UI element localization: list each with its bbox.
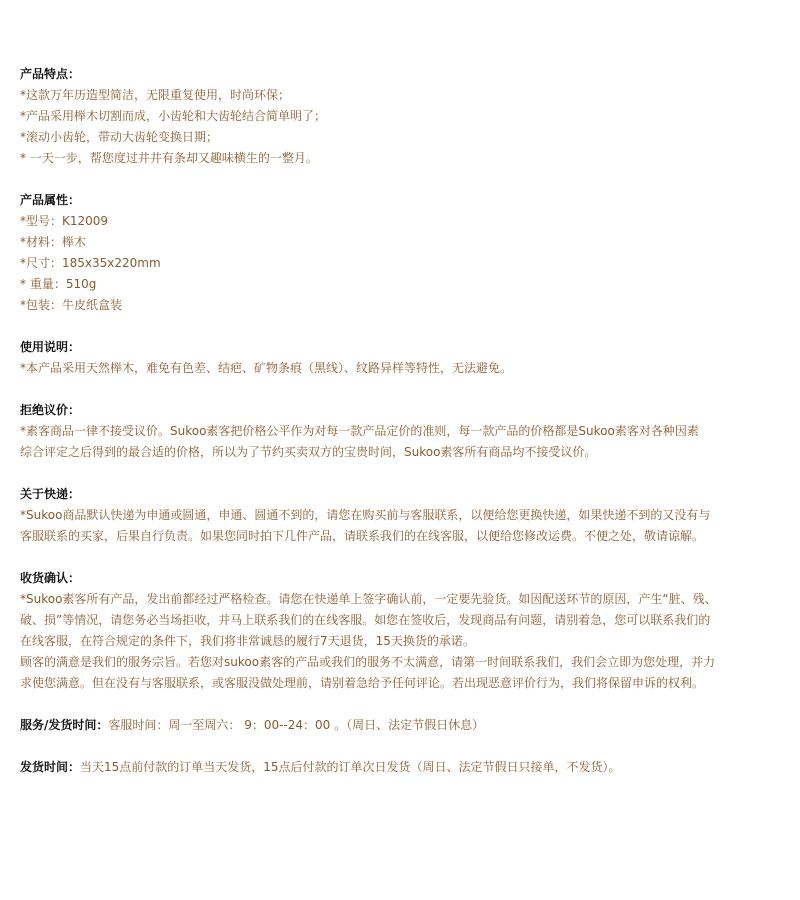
attribute-packaging: *包装：牛皮纸盒装: [20, 295, 720, 316]
attribute-material: *材料：榉木: [20, 232, 720, 253]
receipt-line: 顾客的满意是我们的服务宗旨。若您对sukoo素客的产品或我们的服务不太满意，请第…: [20, 652, 720, 673]
section-usage: 使用说明： *本产品采用天然榉木，难免有色差、结疤、矿物条痕（黑线）、纹路异样等…: [20, 337, 720, 379]
service-time-row: 服务/发货时间：客服时间：周一至周六： 9：00--24：00 。（周日、法定节…: [20, 715, 720, 736]
section-receipt-confirmation: 收货确认： *Sukoo素客所有产品，发出前都经过严格检查。请您在快递单上签字确…: [20, 568, 720, 694]
shipping-time-label: 发货时间：: [20, 760, 80, 774]
service-time-value: 客服时间：周一至周六： 9：00--24：00 。（周日、法定节假日休息）: [108, 718, 484, 732]
receipt-line: *Sukoo素客所有产品，发出前都经过严格检查。请您在快递单上签字确认前，一定要…: [20, 589, 720, 610]
receipt-line: 在线客服，在符合规定的条件下，我们将非常诚恳的履行7天退货，15天换货的承诺。: [20, 631, 720, 652]
section-heading: 收货确认：: [20, 568, 720, 589]
attribute-model: *型号：K12009: [20, 211, 720, 232]
usage-line: *本产品采用天然榉木，难免有色差、结疤、矿物条痕（黑线）、纹路异样等特性，无法避…: [20, 358, 720, 379]
shipping-line: 客服联系的买家，后果自行负责。如果您同时拍下几件产品，请联系我们的在线客服，以便…: [20, 526, 720, 547]
attribute-weight: * 重量：510g: [20, 274, 720, 295]
policy-line: *素客商品一律不接受议价。Sukoo素客把价格公平作为对每一款产品定价的准则，每…: [20, 421, 720, 442]
section-heading: 关于快递：: [20, 484, 720, 505]
shipping-line: *Sukoo商品默认快递为申通或圆通，申通、圆通不到的，请您在购买前与客服联系，…: [20, 505, 720, 526]
section-features: 产品特点： *这款万年历造型简洁，无限重复使用，时尚环保； *产品采用榉木切割而…: [20, 64, 720, 169]
receipt-line: 破、损”等情况，请您务必当场拒收，并马上联系我们的在线客服。如您在签收后，发现商…: [20, 610, 720, 631]
section-attributes: 产品属性： *型号：K12009 *材料：榉木 *尺寸：185x35x220mm…: [20, 190, 720, 316]
feature-line: * 一天一步，帮您度过井井有条却又趣味横生的一整月。: [20, 148, 720, 169]
receipt-line: 求使您满意。但在没有与客服联系，或客服没做处理前，请别着急给予任何评论。若出现恶…: [20, 673, 720, 694]
section-heading: 拒绝议价：: [20, 400, 720, 421]
shipping-time-row: 发货时间：当天15点前付款的订单当天发货，15点后付款的订单次日发货（周日、法定…: [20, 757, 720, 778]
section-heading: 产品属性：: [20, 190, 720, 211]
feature-line: *这款万年历造型简洁，无限重复使用，时尚环保；: [20, 85, 720, 106]
service-time-label: 服务/发货时间：: [20, 718, 108, 732]
attribute-size: *尺寸：185x35x220mm: [20, 253, 720, 274]
feature-line: *滚动小齿轮，带动大齿轮变换日期；: [20, 127, 720, 148]
product-description: 产品特点： *这款万年历造型简洁，无限重复使用，时尚环保； *产品采用榉木切割而…: [20, 64, 720, 799]
section-heading: 使用说明：: [20, 337, 720, 358]
feature-line: *产品采用榉木切割而成，小齿轮和大齿轮结合简单明了；: [20, 106, 720, 127]
shipping-time-value: 当天15点前付款的订单当天发货，15点后付款的订单次日发货（周日、法定节假日只接…: [80, 760, 621, 774]
section-shipping: 关于快递： *Sukoo商品默认快递为申通或圆通，申通、圆通不到的，请您在购买前…: [20, 484, 720, 547]
section-no-bargaining: 拒绝议价： *素客商品一律不接受议价。Sukoo素客把价格公平作为对每一款产品定…: [20, 400, 720, 463]
section-heading: 产品特点：: [20, 64, 720, 85]
policy-line: 综合评定之后得到的最合适的价格，所以为了节约买卖双方的宝贵时间，Sukoo素客所…: [20, 442, 720, 463]
